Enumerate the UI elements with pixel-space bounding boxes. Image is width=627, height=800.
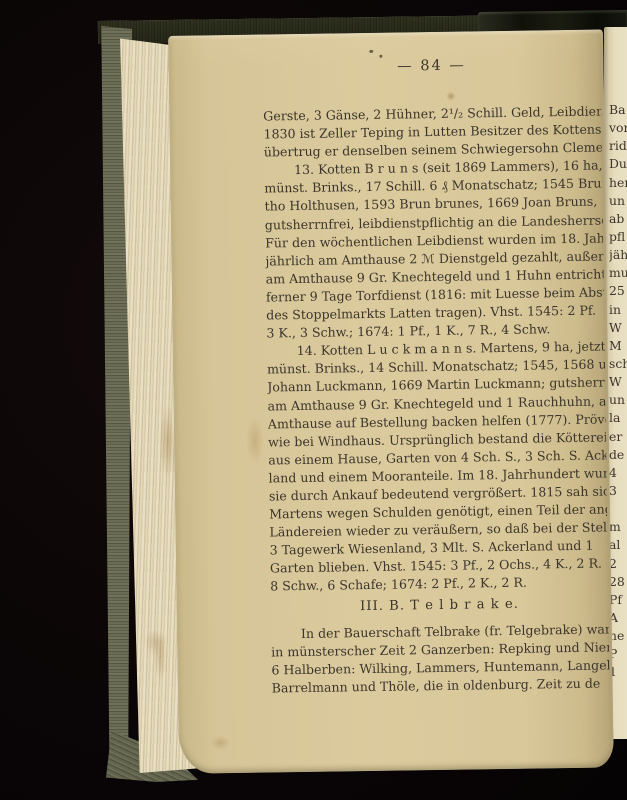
text-line: 8 Schw., 6 Schafe; 1674: 2 Pf., 2 K., 2 …	[270, 573, 608, 596]
text-fragment: mu	[609, 264, 627, 282]
text-fragment: 25	[609, 282, 627, 300]
text-fragment: in	[609, 301, 627, 319]
section-text: In der Bauerschaft Telbrake (fr. Telgebr…	[271, 620, 610, 697]
text-fragment	[609, 500, 627, 518]
text-fragment: 28	[609, 573, 627, 591]
page-number: — 84 —	[262, 56, 600, 77]
text-fragment: un	[609, 192, 627, 210]
text-fragment: al	[609, 536, 627, 554]
next-page-text-fragments: BavonridDuherunabpfljähmu25inWMschWunlae…	[609, 101, 627, 682]
book-photo: BavonridDuherunabpfljähmu25inWMschWunlae…	[0, 0, 627, 800]
text-fragment: sch	[609, 355, 627, 373]
text-fragment: W	[609, 373, 627, 391]
text-fragment: her	[609, 174, 627, 192]
text-fragment: rid	[609, 137, 627, 155]
body-text: Gerste, 3 Gänse, 2 Hühner, 2¹/₂ Schill. …	[263, 103, 608, 596]
text-fragment: ab	[609, 210, 627, 228]
text-fragment: Du	[609, 155, 627, 173]
foxing-stain	[446, 92, 456, 101]
text-fragment: pfl	[609, 228, 627, 246]
foxing-stain	[210, 735, 230, 750]
ink-speck	[379, 55, 382, 58]
text-fragment: la	[609, 409, 627, 427]
text-line: Barrelmann und Thöle, die in oldenburg. …	[272, 674, 610, 697]
book-page: — 84 — Gerste, 3 Gänse, 2 Hühner, 2¹/₂ S…	[168, 29, 614, 773]
text-fragment: von	[609, 119, 627, 137]
text-fragment: Ba	[609, 101, 627, 119]
text-fragment: W	[609, 319, 627, 337]
text-fragment: er	[609, 428, 627, 446]
text-fragment: 4	[609, 464, 627, 482]
text-fragment: 3	[609, 482, 627, 500]
foxing-stain	[246, 417, 265, 465]
text-fragment: M	[609, 337, 627, 355]
page-text: Gerste, 3 Gänse, 2 Hühner, 2¹/₂ Schill. …	[263, 103, 610, 698]
text-fragment: Pf	[609, 591, 627, 609]
text-fragment: jäh	[609, 246, 627, 264]
text-fragment: 2	[609, 555, 627, 573]
ink-speck	[369, 50, 373, 53]
text-fragment: un	[609, 391, 627, 409]
section-heading: III. B. T e l b r a k e.	[270, 594, 608, 617]
text-fragment: de	[609, 446, 627, 464]
text-fragment: m	[609, 518, 627, 536]
